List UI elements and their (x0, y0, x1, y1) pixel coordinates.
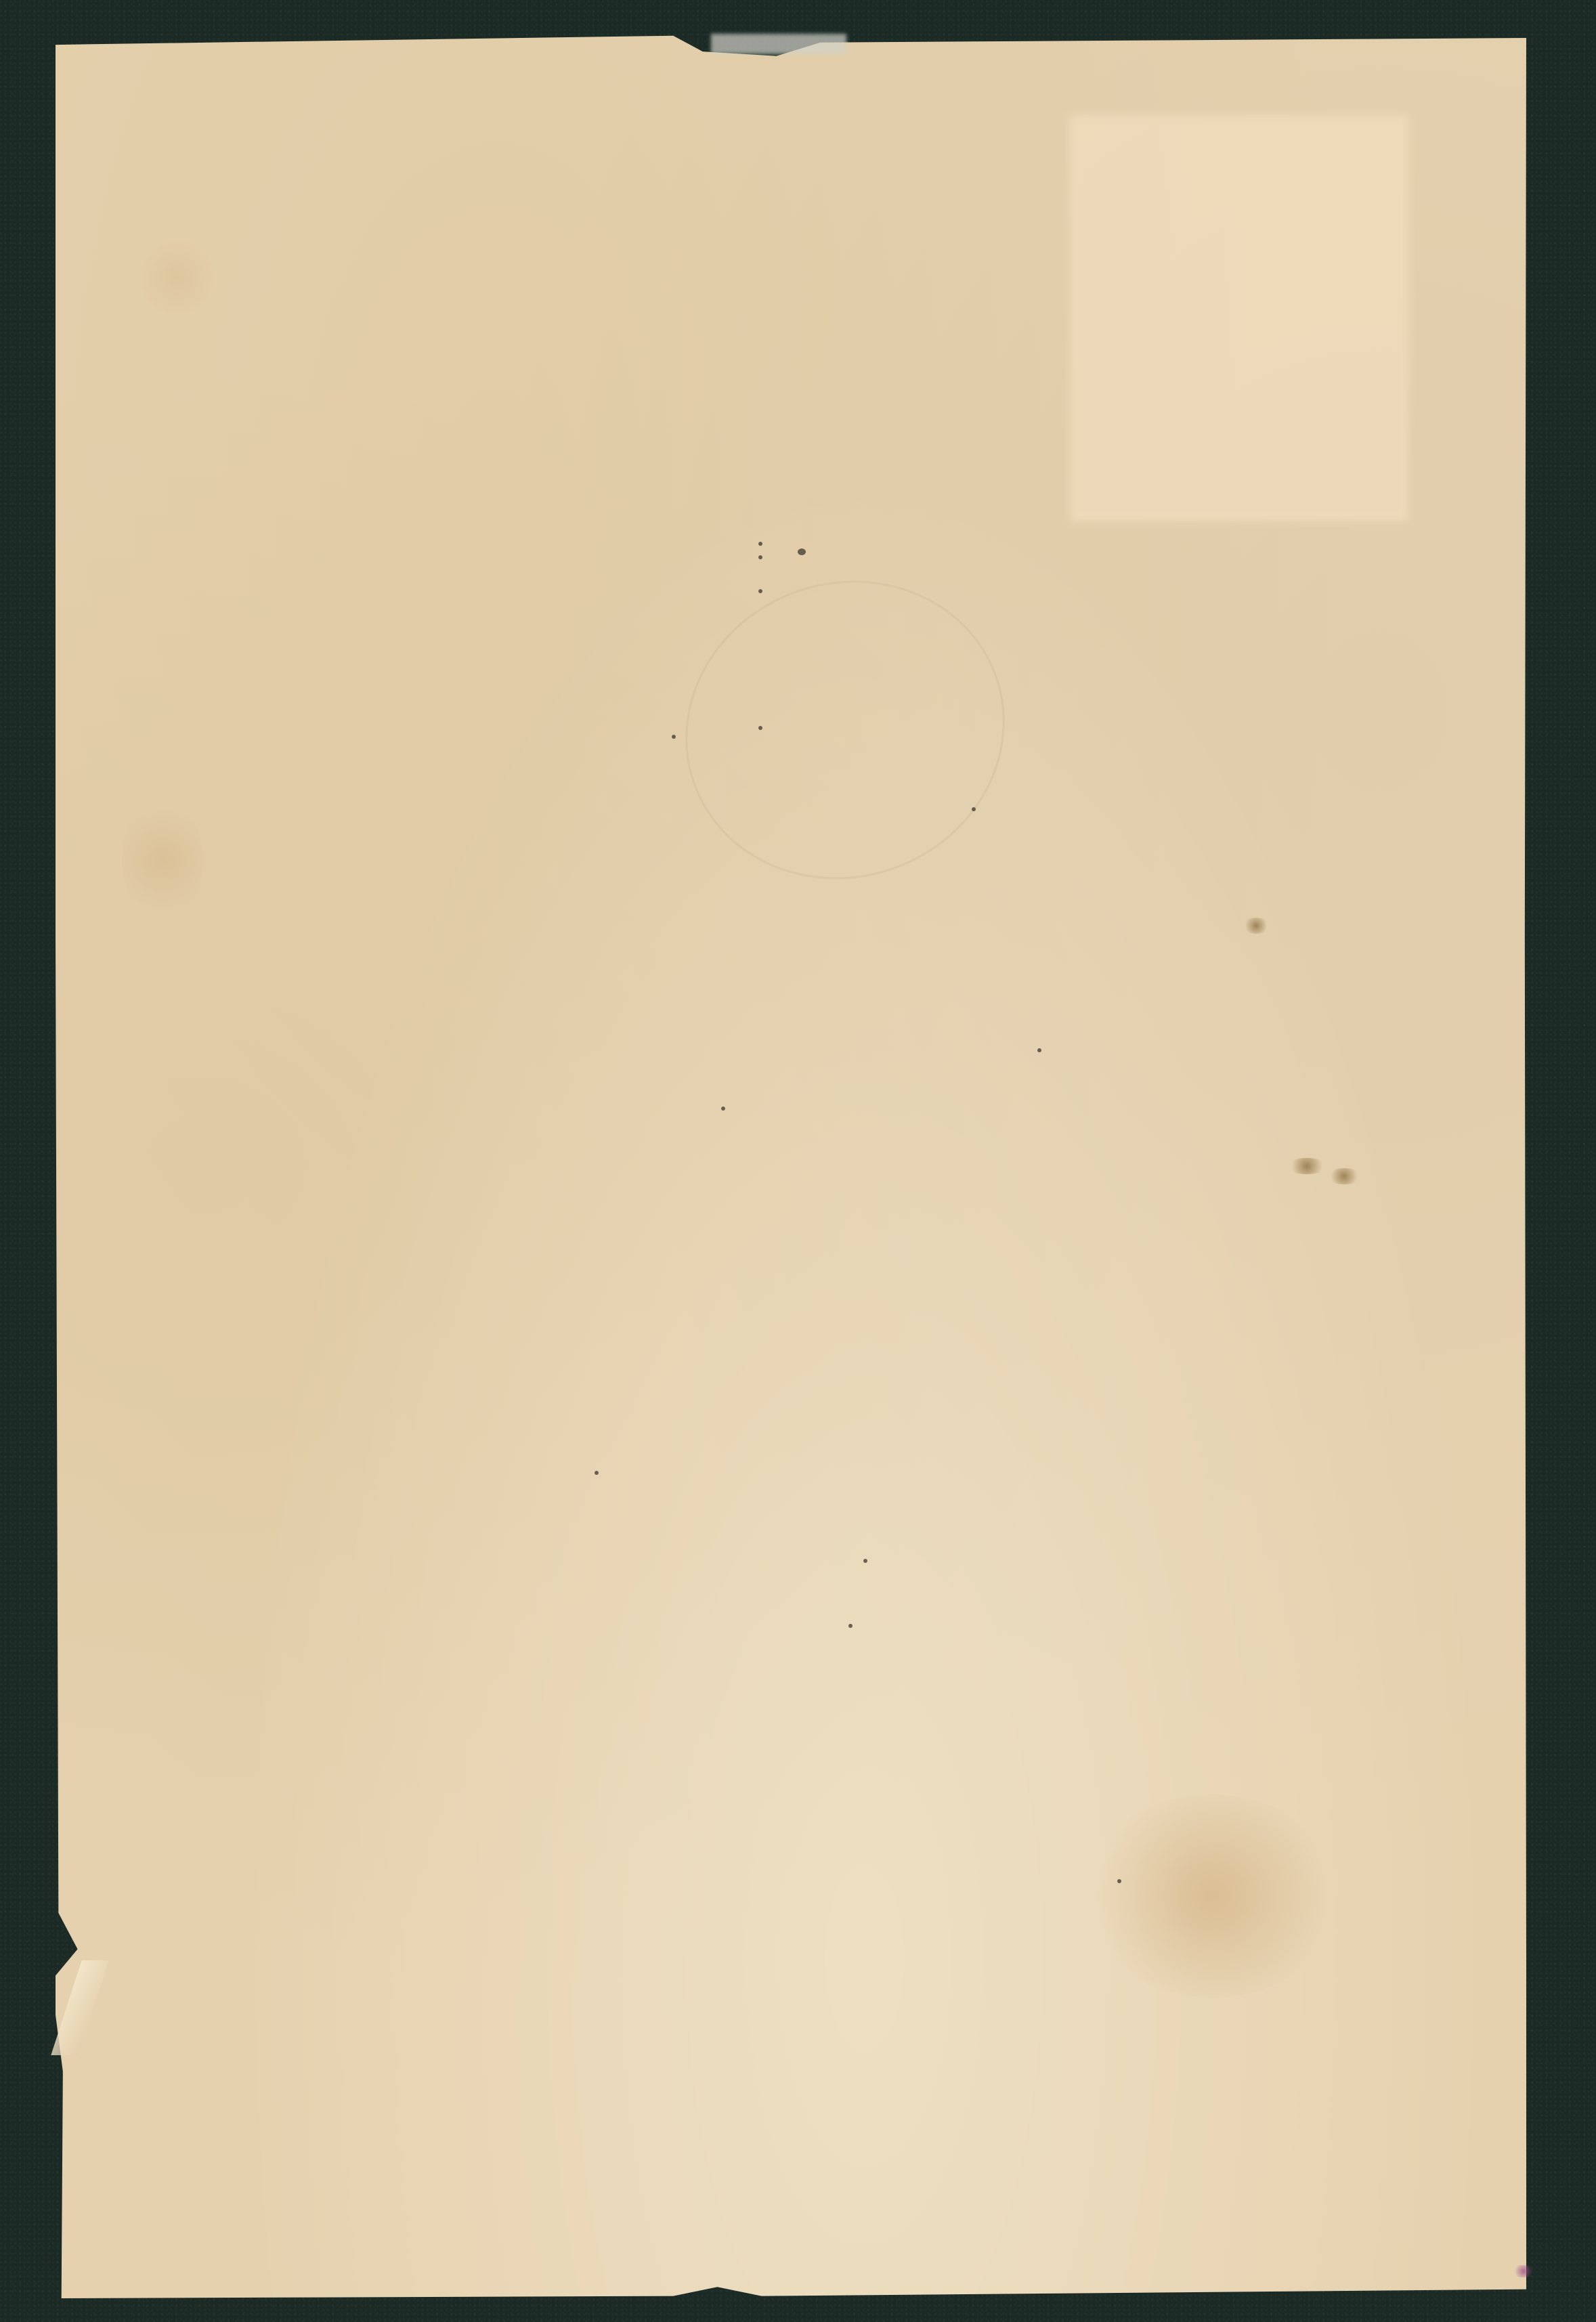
dark-speck (848, 1624, 853, 1628)
dark-speck (1117, 1879, 1121, 1883)
top-edge-tear (711, 34, 846, 54)
ink-smudge (1513, 2265, 1534, 2277)
foxing-stain (135, 237, 217, 318)
foxing-stain (122, 799, 203, 921)
dark-speck (595, 1471, 599, 1475)
scanned-document (0, 0, 1596, 2322)
dark-speck (758, 542, 762, 546)
brown-spot (1327, 1168, 1361, 1184)
brown-spot (1287, 1158, 1327, 1174)
dark-speck (758, 589, 762, 593)
dark-speck (672, 735, 676, 739)
dark-speck (721, 1106, 725, 1111)
dark-speck (798, 549, 806, 555)
dark-speck (1037, 1048, 1041, 1052)
dark-speck (863, 1559, 867, 1563)
foxing-stain (1083, 1794, 1341, 1998)
brown-spot (1243, 918, 1270, 934)
dark-speck (758, 555, 762, 559)
stamp-removal-mark (1070, 115, 1408, 521)
dark-speck (972, 807, 976, 811)
dark-speck (758, 726, 762, 730)
